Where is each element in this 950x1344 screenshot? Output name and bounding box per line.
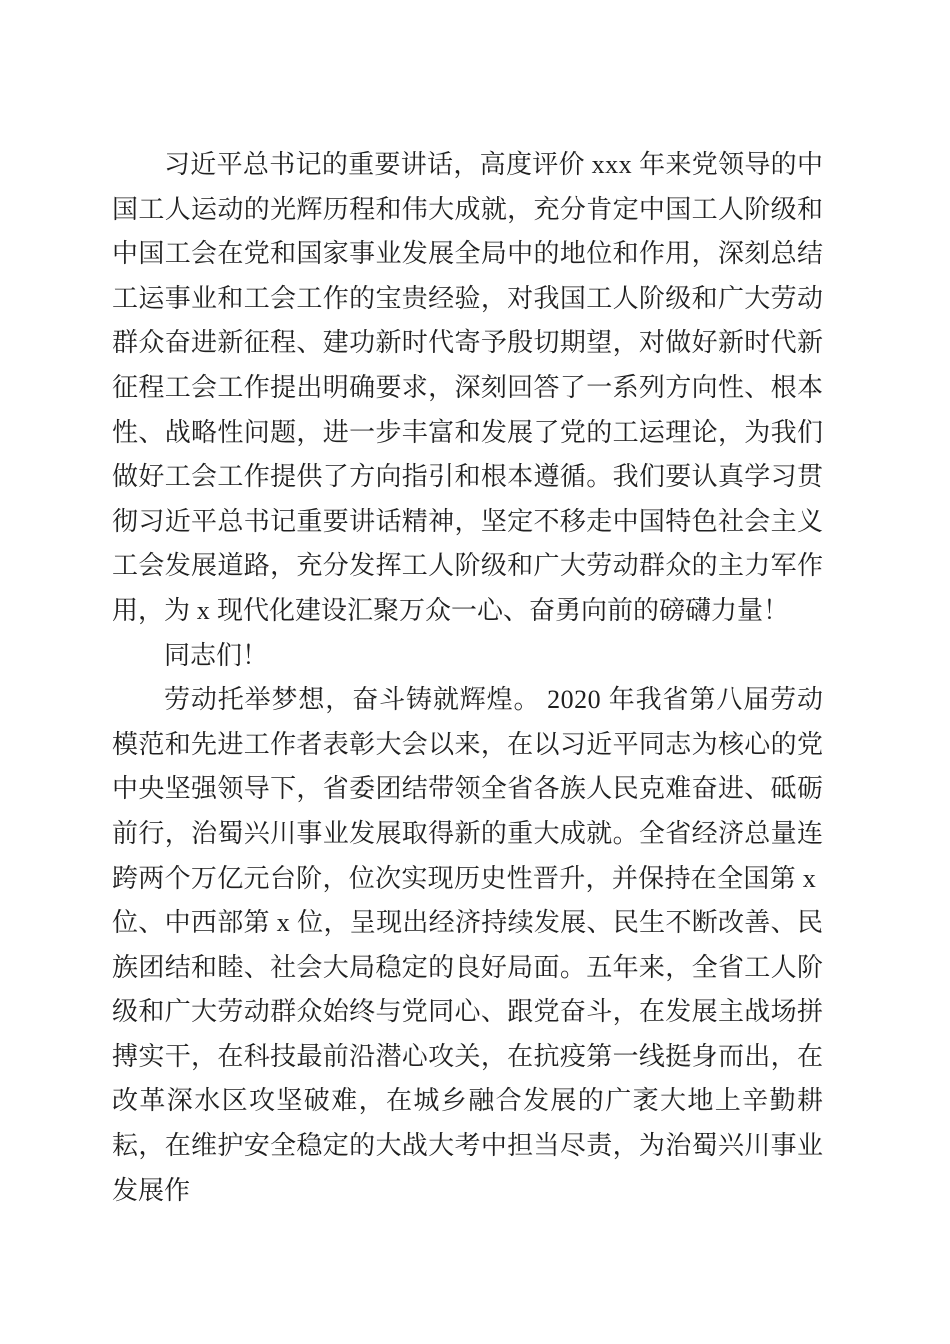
latin-text: x: [197, 596, 211, 625]
paragraph: 习近平总书记的重要讲话，高度评价xxx年来党领导的中国工人运动的光辉历程和伟大成…: [112, 143, 823, 634]
paragraph: 同志们！: [112, 634, 823, 679]
document-body: 习近平总书记的重要讲话，高度评价xxx年来党领导的中国工人运动的光辉历程和伟大成…: [112, 143, 823, 1213]
latin-text: x: [277, 908, 291, 937]
latin-text: 2020: [547, 685, 601, 714]
latin-text: xxx: [592, 150, 633, 179]
paragraph: 劳动托举梦想，奋斗铸就辉煌。2020年我省第八届劳动模范和先进工作者表彰大会以来…: [112, 678, 823, 1213]
latin-text: x: [803, 864, 817, 893]
document-page: 习近平总书记的重要讲话，高度评价xxx年来党领导的中国工人运动的光辉历程和伟大成…: [0, 0, 950, 1344]
